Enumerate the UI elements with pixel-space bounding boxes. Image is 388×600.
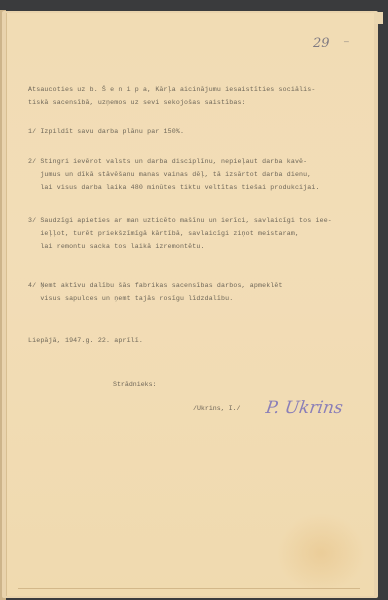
handwritten-signature: P. Ukrins <box>265 398 344 418</box>
place-date: Liepājā, 1947.g. 22. aprīlī. <box>28 335 143 348</box>
item-4-line-2: visus sapulces un ņemt tajās rosīgu līdz… <box>28 293 233 306</box>
item-4-line-1: 4/ Ņemt aktīvu dalību šās fabrikas sacen… <box>28 280 283 293</box>
item-3-line-1: 3/ Saudzīgi apieties ar man uzticēto maš… <box>28 215 332 228</box>
folio-number: 29 <box>313 36 330 51</box>
item-2-line-2: jumus un dīkā stāvēšanu manas vainas dēļ… <box>28 169 311 182</box>
item-2-line-3: lai visus darba laika 480 minūtes tiktu … <box>28 182 320 195</box>
page-bottom-edge <box>18 588 360 589</box>
intro-line-1: Atsaucoties uz b. Š e n i p a, Kārļa aic… <box>28 84 315 97</box>
signatory-name: /Ukrins, I./ <box>193 405 240 412</box>
folio-mark: — <box>344 38 349 47</box>
signatory-label: Strādnieks: <box>113 381 157 388</box>
item-2-line-1: 2/ Stingri ievērot valsts un darba disci… <box>28 156 307 169</box>
item-1-line-1: 1/ Izpildīt savu darba plānu par 150%. <box>28 126 184 139</box>
item-3-line-3: lai remontu sacka tos laikā izremontētu. <box>28 241 205 254</box>
paper-stain <box>276 513 366 593</box>
item-3-line-2: ieļļot, turēt priekšzīmīgā kārtībā, savl… <box>28 228 299 241</box>
intro-line-2: tiskā sacensībā, uzņemos uz sevi sekojoš… <box>28 97 246 110</box>
